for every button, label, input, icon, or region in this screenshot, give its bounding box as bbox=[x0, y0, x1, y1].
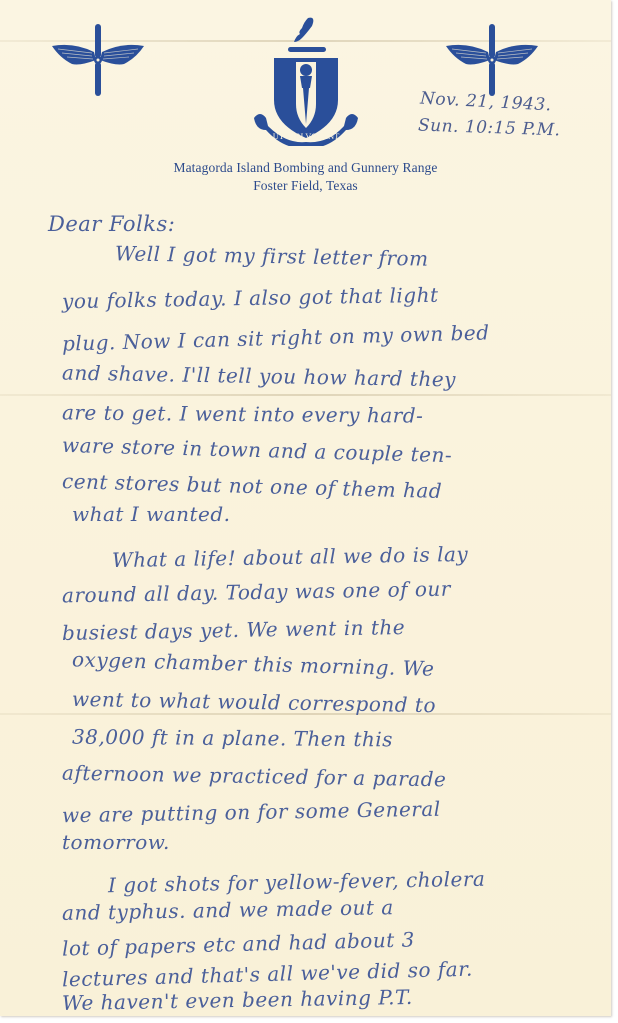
body-line: oxygen chamber this morning. We bbox=[72, 647, 435, 680]
body-line: what I wanted. bbox=[72, 502, 231, 526]
body-line: afternoon we practiced for a parade bbox=[62, 761, 447, 792]
paper-fold-line bbox=[0, 394, 611, 396]
body-line: tomorrow. bbox=[62, 830, 170, 854]
body-line: We haven't even been having P.T. bbox=[62, 985, 413, 1015]
body-line: lot of papers etc and had about 3 bbox=[62, 927, 415, 960]
letterhead-organization: Matagorda Island Bombing and Gunnery Ran… bbox=[0, 160, 611, 176]
letterhead-location: Foster Field, Texas bbox=[0, 178, 611, 194]
body-line: around all day. Today was one of our bbox=[62, 577, 451, 608]
body-line: cent stores but not one of them had bbox=[62, 469, 443, 503]
body-line: are to get. I went into every hard- bbox=[62, 400, 424, 427]
winged-propeller-icon bbox=[50, 22, 146, 98]
body-line: and shave. I'll tell you how hard they bbox=[62, 361, 456, 392]
crest-motto: UT VIRI VOLENT bbox=[273, 131, 340, 141]
body-line: ware store in town and a couple ten- bbox=[62, 433, 453, 467]
body-line: 38,000 ft in a plane. Then this bbox=[72, 725, 393, 752]
salutation: Dear Folks: bbox=[48, 212, 175, 236]
body-line: busiest days yet. We went in the bbox=[62, 615, 405, 645]
body-line: you folks today. I also got that light bbox=[62, 283, 439, 314]
letter-page: UT VIRI VOLENT Matagorda Island Bombing … bbox=[0, 0, 611, 1016]
winged-propeller-icon bbox=[444, 22, 540, 98]
body-line: plug. Now I can sit right on my own bed bbox=[62, 320, 490, 355]
body-line: we are putting on for some General bbox=[62, 797, 441, 828]
letter-time: Sun. 10:15 P.M. bbox=[418, 116, 561, 141]
body-line: Well I got my first letter from bbox=[115, 241, 429, 270]
shield-crest-icon: UT VIRI VOLENT bbox=[246, 14, 366, 146]
body-line: What a life! about all we do is lay bbox=[112, 542, 469, 572]
body-line: I got shots for yellow-fever, cholera bbox=[108, 867, 486, 898]
body-line: and typhus. and we made out a bbox=[62, 895, 394, 925]
